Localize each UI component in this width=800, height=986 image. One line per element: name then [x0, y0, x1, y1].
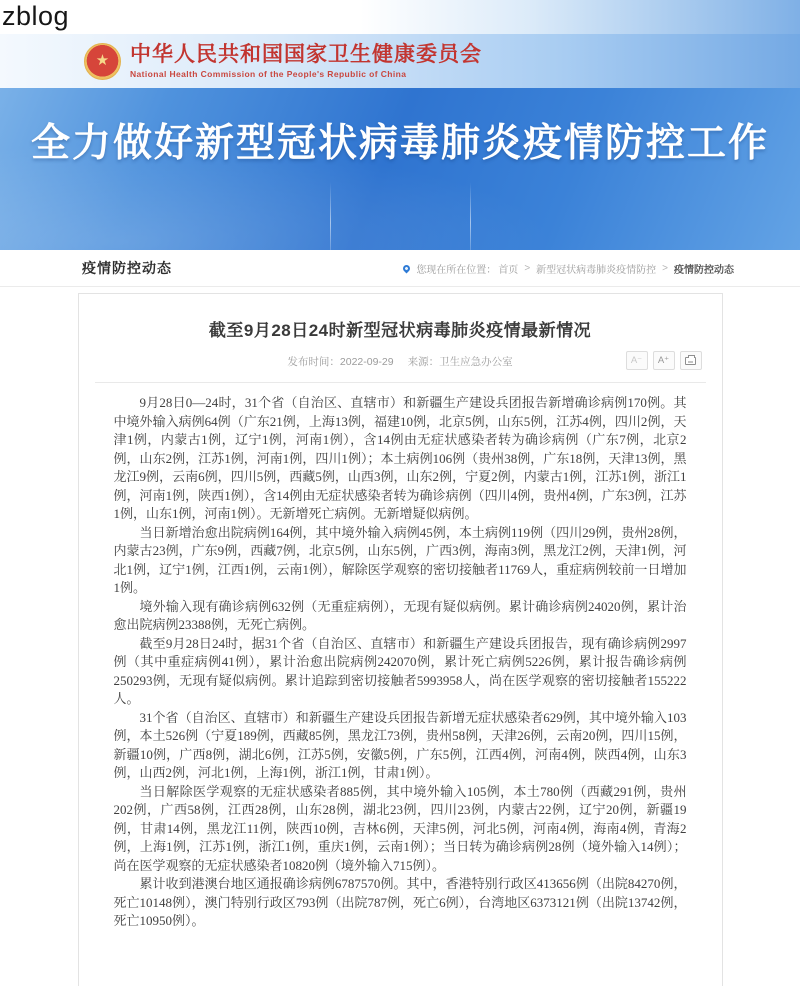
page: zblog ★ 中华人民共和国国家卫生健康委员会 National Health…	[0, 0, 800, 986]
article-meta: 发布时间：2022-09-29来源：卫生应急办公室 A⁻ A⁺	[95, 354, 706, 383]
article-paragraph: 累计收到港澳台地区通报确诊病例6787570例。其中，香港特别行政区413656…	[114, 875, 687, 931]
article-paragraph: 31个省（自治区、直辖市）和新疆生产建设兵团报告新增无症状感染者629例，其中境…	[114, 709, 687, 783]
article-paragraph: 当日解除医学观察的无症状感染者885例，其中境外输入105例，本土780例（西藏…	[114, 783, 687, 876]
banner-slogan: 全力做好新型冠状病毒肺炎疫情防控工作	[0, 88, 800, 168]
banner-light-streak	[470, 182, 471, 250]
article-paragraph: 截至9月28日24时，据31个省（自治区、直辖市）和新疆生产建设兵团报告，现有确…	[114, 635, 687, 709]
org-name-cn[interactable]: 中华人民共和国国家卫生健康委员会	[130, 43, 482, 67]
publish-date: 2022-09-29	[340, 356, 394, 368]
source-value: 卫生应急办公室	[439, 356, 513, 368]
article-paragraph: 境外输入现有确诊病例632例（无重症病例），无现有疑似病例。累计确诊病例2402…	[114, 598, 687, 635]
star-icon: ★	[96, 53, 109, 68]
article-tools: A⁻ A⁺	[626, 351, 702, 370]
breadcrumb-section[interactable]: 新型冠状病毒肺炎疫情防控	[536, 261, 656, 276]
source-label: 来源：	[408, 356, 440, 368]
section-title: 疫情防控动态	[82, 258, 172, 278]
breadcrumb-separator: >	[662, 263, 668, 274]
breadcrumb-prefix: 您现在所在位置：	[416, 261, 496, 276]
printer-icon	[685, 357, 696, 365]
breadcrumb-home[interactable]: 首页	[498, 261, 518, 276]
section-navbar: 疫情防控动态 您现在所在位置： 首页 > 新型冠状病毒肺炎疫情防控 > 疫情防控…	[0, 250, 800, 287]
article-title: 截至9月28日24时新型冠状病毒肺炎疫情最新情况	[119, 316, 682, 341]
breadcrumb-separator: >	[524, 263, 530, 274]
font-smaller-button[interactable]: A⁻	[626, 351, 648, 370]
breadcrumb-current: 疫情防控动态	[674, 261, 734, 276]
article-container: 截至9月28日24时新型冠状病毒肺炎疫情最新情况 发布时间：2022-09-29…	[78, 293, 723, 986]
article-body: 9月28日0—24时，31个省（自治区、直辖市）和新疆生产建设兵团报告新增确诊病…	[79, 383, 722, 931]
font-larger-button[interactable]: A⁺	[653, 351, 675, 370]
site-topbar: zblog	[0, 0, 800, 34]
publish-label: 发布时间：	[287, 356, 340, 368]
national-emblem-icon: ★	[84, 43, 121, 80]
article-paragraph: 9月28日0—24时，31个省（自治区、直辖市）和新疆生产建设兵团报告新增确诊病…	[114, 394, 687, 524]
breadcrumb: 您现在所在位置： 首页 > 新型冠状病毒肺炎疫情防控 > 疫情防控动态	[403, 261, 736, 276]
location-pin-icon	[402, 263, 412, 273]
article-paragraph: 当日新增治愈出院病例164例，其中境外输入病例45例，本土病例119例（四川29…	[114, 524, 687, 598]
org-name-block: 中华人民共和国国家卫生健康委员会 National Health Commiss…	[130, 43, 482, 79]
gov-header: ★ 中华人民共和国国家卫生健康委员会 National Health Commi…	[0, 34, 800, 88]
site-logo-text[interactable]: zblog	[2, 1, 69, 32]
print-button[interactable]	[680, 351, 702, 370]
banner-light-streak	[330, 182, 331, 250]
org-name-en: National Health Commission of the People…	[130, 69, 482, 79]
campaign-banner: 全力做好新型冠状病毒肺炎疫情防控工作	[0, 88, 800, 250]
